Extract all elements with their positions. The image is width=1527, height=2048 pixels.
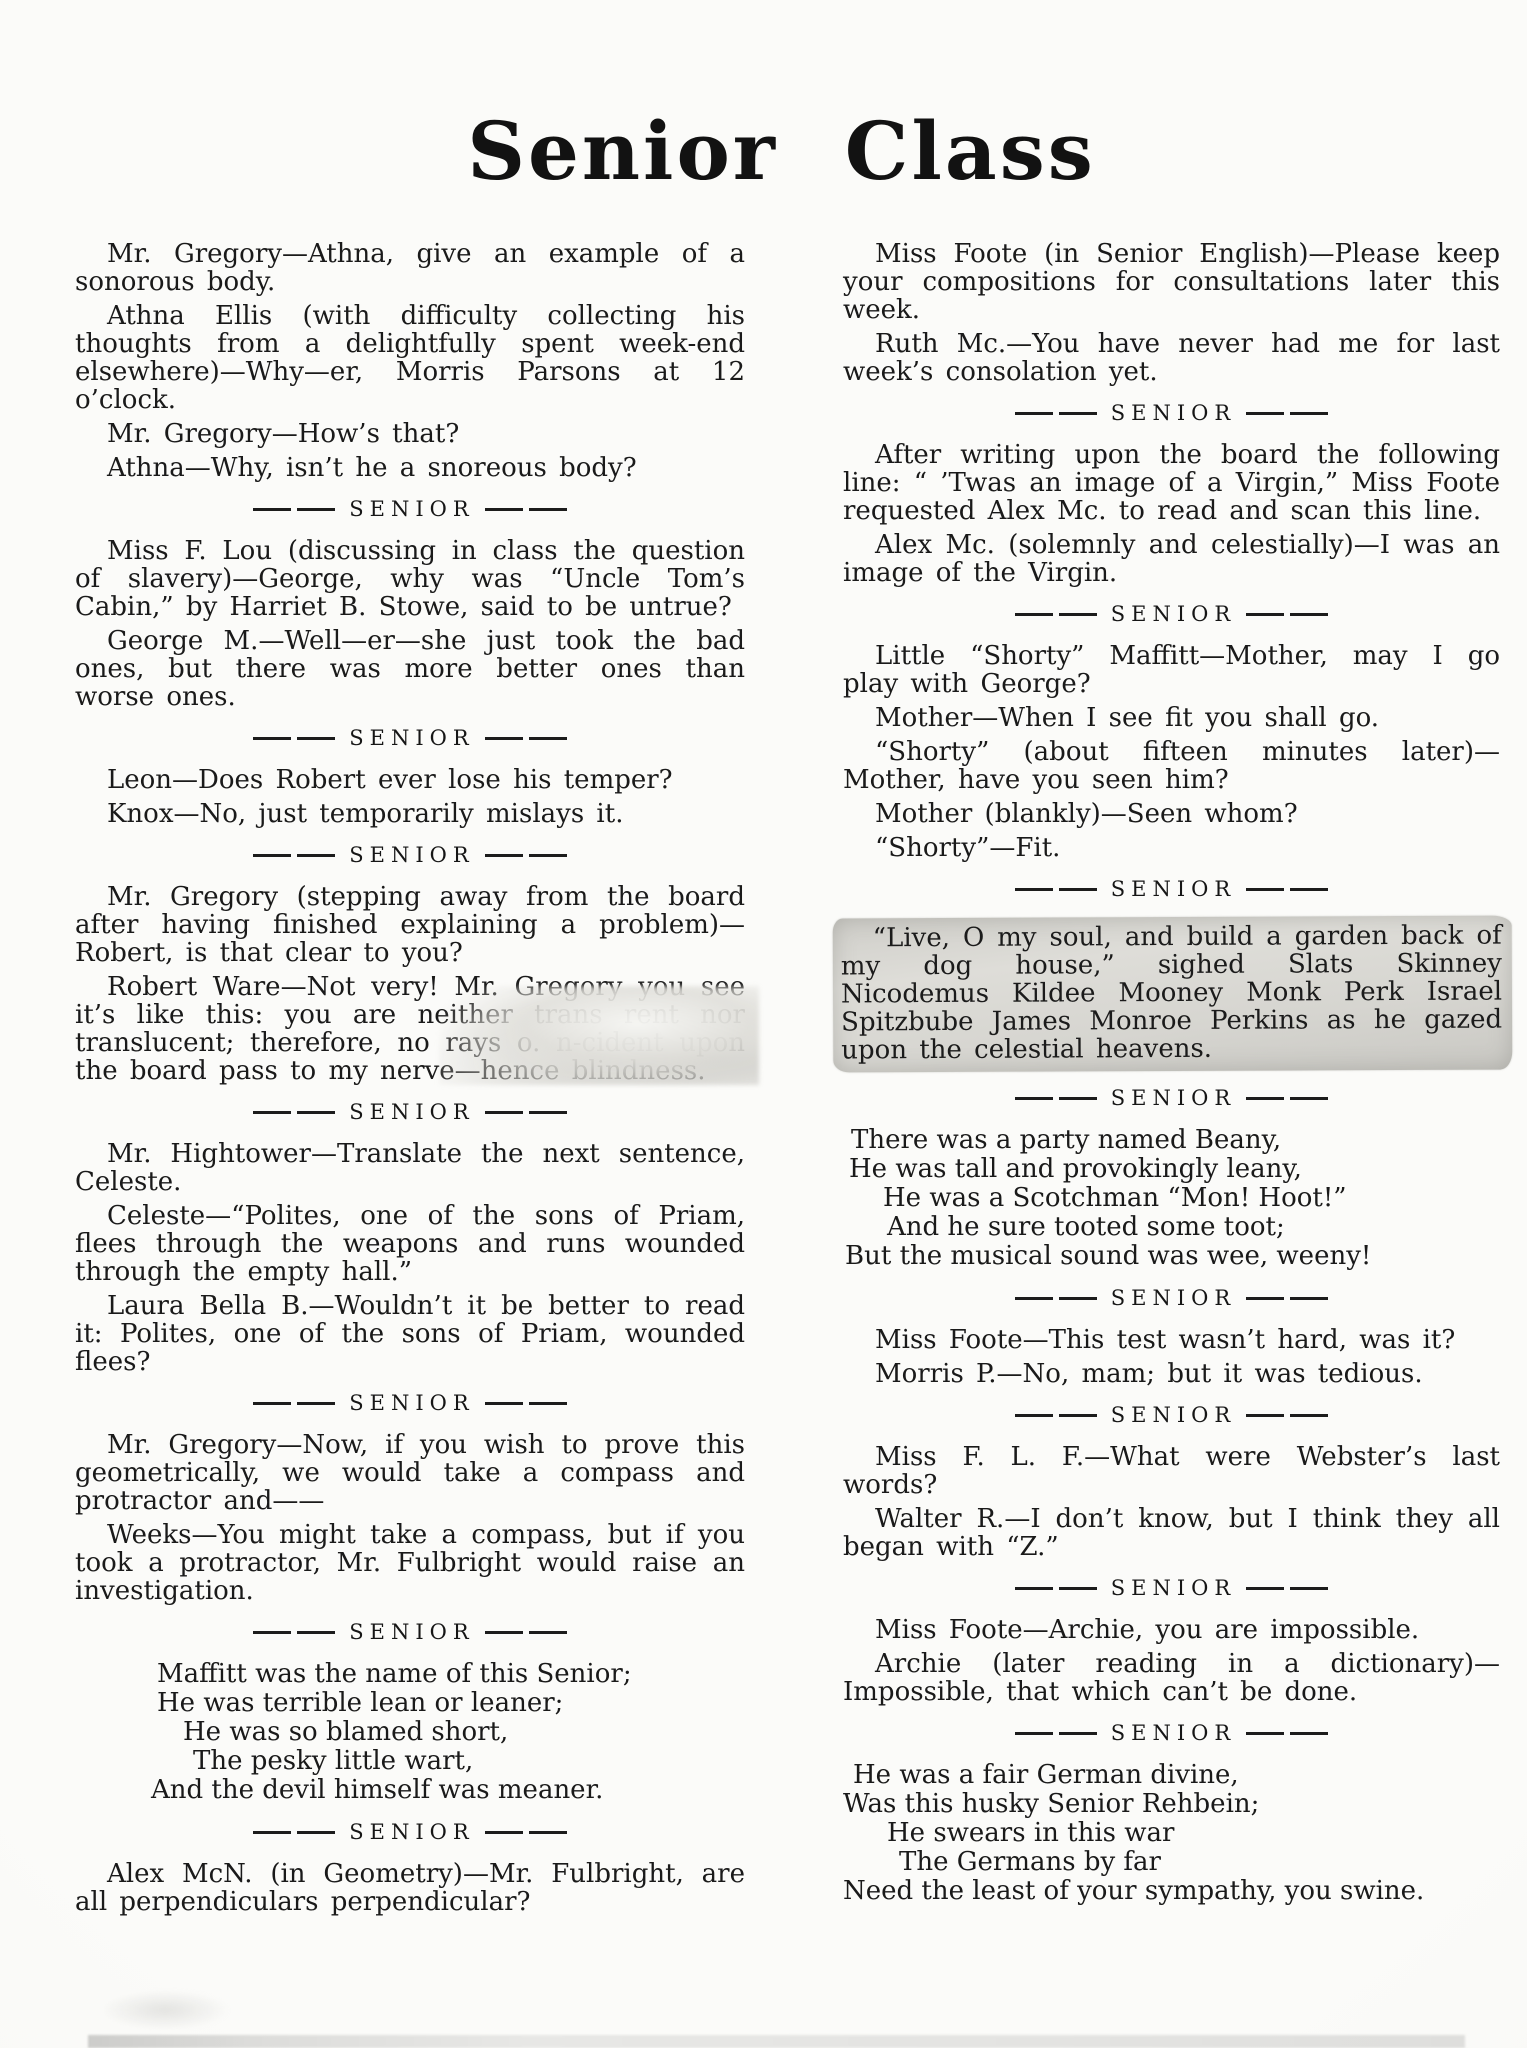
divider-label: SENIOR: [349, 1100, 474, 1124]
divider-dash: [1015, 613, 1053, 616]
poem-line: And the devil himself was meaner.: [75, 1776, 745, 1805]
paragraph: Mother (blankly)—Seen whom?: [843, 800, 1500, 828]
divider-dash: [1290, 1414, 1328, 1417]
senior-divider: SENIOR: [843, 401, 1500, 425]
poem-line: Was this husky Senior Rehbein;: [843, 1790, 1500, 1819]
divider-label: SENIOR: [1111, 877, 1236, 901]
divider-dash: [253, 854, 291, 857]
senior-divider: SENIOR: [843, 1086, 1500, 1110]
paragraph: Morris P.—No, mam; but it was tedious.: [843, 1360, 1500, 1388]
divider-dashes: [1015, 412, 1097, 415]
divider-dash: [297, 1631, 335, 1634]
divider-dash: [253, 1831, 291, 1834]
divider-dash: [1290, 1732, 1328, 1735]
page-title: Senior Class: [0, 104, 1527, 198]
divider-dash: [1015, 888, 1053, 891]
divider-dash: [253, 1402, 291, 1405]
divider-dash: [1059, 1587, 1097, 1590]
divider-dashes: [1246, 412, 1328, 415]
divider-dash: [1290, 1097, 1328, 1100]
senior-divider: SENIOR: [843, 1721, 1500, 1745]
divider-dash: [529, 1631, 567, 1634]
divider-label: SENIOR: [1111, 602, 1236, 626]
senior-divider: SENIOR: [843, 1403, 1500, 1427]
divider-dashes: [485, 737, 567, 740]
paragraph: Walter R.—I don’t know, but I think they…: [843, 1505, 1500, 1561]
paragraph: Mr. Gregory—How’s that?: [75, 420, 745, 448]
divider-label: SENIOR: [1111, 1403, 1236, 1427]
divider-dash: [529, 737, 567, 740]
paragraph: Miss F. L. F.—What were Webster’s last w…: [843, 1443, 1500, 1499]
poem-line: He was a Scotchman “Mon! Hoot!”: [843, 1184, 1500, 1213]
paragraph: Weeks—You might take a compass, but if y…: [75, 1521, 745, 1605]
divider-dash: [297, 854, 335, 857]
divider-dash: [485, 1831, 523, 1834]
senior-divider: SENIOR: [843, 1286, 1500, 1310]
divider-dash: [1015, 1297, 1053, 1300]
divider-dash: [1246, 1097, 1284, 1100]
divider-dashes: [1246, 1097, 1328, 1100]
divider-label: SENIOR: [1111, 1576, 1236, 1600]
divider-dash: [1290, 412, 1328, 415]
divider-dash: [297, 508, 335, 511]
divider-dashes: [1246, 1414, 1328, 1417]
divider-dash: [485, 1402, 523, 1405]
divider-dashes: [1015, 1587, 1097, 1590]
divider-dashes: [1246, 613, 1328, 616]
column-left: Mr. Gregory—Athna, give an example of a …: [75, 240, 745, 1922]
divider-dash: [1059, 1097, 1097, 1100]
divider-dash: [1246, 412, 1284, 415]
paragraph: Little “Shorty” Maffitt—Mother, may I go…: [843, 642, 1500, 698]
divider-dash: [529, 1831, 567, 1834]
paragraph: Robert Ware—Not very! Mr. Gregory you se…: [75, 973, 745, 1085]
paragraph: “Shorty”—Fit.: [843, 834, 1500, 862]
poem-line: He swears in this war: [843, 1819, 1500, 1848]
scan-smudge: [100, 1990, 230, 2030]
divider-label: SENIOR: [349, 1820, 474, 1844]
divider-dash: [253, 1631, 291, 1634]
yearbook-page: { "page": { "title": "Senior Class" }, "…: [0, 0, 1527, 2048]
paragraph: Celeste—“Polites, one of the sons of Pri…: [75, 1202, 745, 1286]
divider-dashes: [1015, 613, 1097, 616]
paragraph: Laura Bella B.—Wouldn’t it be better to …: [75, 1292, 745, 1376]
divider-dash: [1290, 1587, 1328, 1590]
divider-dashes: [485, 1831, 567, 1834]
poem-line: He was tall and provokingly leany,: [843, 1155, 1500, 1184]
divider-label: SENIOR: [349, 843, 474, 867]
divider-label: SENIOR: [1111, 1086, 1236, 1110]
paragraph: Alex Mc. (solemnly and celestially)—I wa…: [843, 531, 1500, 587]
divider-dash: [1246, 1414, 1284, 1417]
poem-line: There was a party named Beany,: [843, 1126, 1500, 1155]
divider-dashes: [1246, 888, 1328, 891]
divider-label: SENIOR: [1111, 1721, 1236, 1745]
paragraph: Mr. Hightower—Translate the next sentenc…: [75, 1140, 745, 1196]
divider-dash: [297, 1111, 335, 1114]
divider-dashes: [485, 854, 567, 857]
senior-divider: SENIOR: [843, 1576, 1500, 1600]
divider-dash: [1059, 613, 1097, 616]
poem-line: Maffitt was the name of this Senior;: [75, 1660, 745, 1689]
poem: He was a fair German divine,Was this hus…: [843, 1761, 1500, 1906]
senior-divider: SENIOR: [75, 497, 745, 521]
divider-dashes: [1015, 1297, 1097, 1300]
paragraph: Ruth Mc.—You have never had me for last …: [843, 330, 1500, 386]
paragraph: Mr. Gregory—Now, if you wish to prove th…: [75, 1431, 745, 1515]
poem-line: The Germans by far: [843, 1848, 1500, 1877]
divider-dash: [1246, 613, 1284, 616]
divider-dash: [1059, 412, 1097, 415]
divider-dashes: [1246, 1732, 1328, 1735]
divider-dash: [253, 1111, 291, 1114]
two-column-body: Mr. Gregory—Athna, give an example of a …: [75, 240, 1500, 1922]
divider-dashes: [485, 1631, 567, 1634]
paragraph: Miss Foote (in Senior English)—Please ke…: [843, 240, 1500, 324]
divider-label: SENIOR: [349, 1391, 474, 1415]
divider-dash: [1015, 1587, 1053, 1590]
paragraph: Miss Foote—Archie, you are impossible.: [843, 1616, 1500, 1644]
paragraph: Athna Ellis (with difficulty collecting …: [75, 302, 745, 414]
paragraph: George M.—Well—er—she just took the bad …: [75, 627, 745, 711]
poem-line: He was terrible lean or leaner;: [75, 1689, 745, 1718]
senior-divider: SENIOR: [843, 877, 1500, 901]
paragraph: Archie (later reading in a dictionary)—I…: [843, 1650, 1500, 1706]
poem-line: But the musical sound was wee, weeny!: [843, 1242, 1500, 1271]
divider-dashes: [1246, 1297, 1328, 1300]
divider-dash: [1246, 888, 1284, 891]
paragraph: Mr. Gregory (stepping away from the boar…: [75, 883, 745, 967]
column-right: Miss Foote (in Senior English)—Please ke…: [843, 240, 1500, 1922]
divider-dashes: [1015, 888, 1097, 891]
divider-dash: [529, 1402, 567, 1405]
divider-label: SENIOR: [349, 1620, 474, 1644]
divider-dash: [297, 1831, 335, 1834]
paragraph: Mother—When I see fit you shall go.: [843, 704, 1500, 732]
stain-overlay: [439, 986, 759, 1085]
paragraph: After writing upon the board the followi…: [843, 441, 1500, 525]
poem-line: He was a fair German divine,: [843, 1761, 1500, 1790]
paragraph: Alex McN. (in Geometry)—Mr. Fulbright, a…: [75, 1860, 745, 1916]
poem-line: And he sure tooted some toot;: [843, 1213, 1500, 1242]
paragraph: Athna—Why, isn’t he a snoreous body?: [75, 454, 745, 482]
paragraph: Mr. Gregory—Athna, give an example of a …: [75, 240, 745, 296]
divider-dash: [297, 737, 335, 740]
divider-dash: [1290, 1297, 1328, 1300]
divider-label: SENIOR: [1111, 401, 1236, 425]
divider-dash: [1015, 1732, 1053, 1735]
divider-dash: [529, 508, 567, 511]
divider-dashes: [485, 508, 567, 511]
divider-dashes: [1015, 1097, 1097, 1100]
divider-dash: [1059, 1414, 1097, 1417]
poem-line: The pesky little wart,: [75, 1747, 745, 1776]
divider-dashes: [1015, 1414, 1097, 1417]
divider-label: SENIOR: [349, 497, 474, 521]
divider-dash: [1059, 1732, 1097, 1735]
divider-dashes: [485, 1111, 567, 1114]
divider-dash: [1059, 888, 1097, 891]
divider-dashes: [1015, 1732, 1097, 1735]
divider-dash: [1015, 412, 1053, 415]
paragraph: “Live, O my soul, and build a garden bac…: [841, 922, 1503, 1065]
divider-dash: [1290, 888, 1328, 891]
senior-divider: SENIOR: [843, 602, 1500, 626]
senior-divider: SENIOR: [75, 1820, 745, 1844]
poem: There was a party named Beany,He was tal…: [843, 1126, 1500, 1271]
divider-dash: [1246, 1732, 1284, 1735]
divider-dashes: [253, 737, 335, 740]
divider-dashes: [253, 1831, 335, 1834]
senior-divider: SENIOR: [75, 1391, 745, 1415]
divider-label: SENIOR: [1111, 1286, 1236, 1310]
divider-dash: [485, 1111, 523, 1114]
divider-dash: [253, 737, 291, 740]
divider-dash: [485, 737, 523, 740]
poem-line: He was so blamed short,: [75, 1718, 745, 1747]
divider-dash: [253, 508, 291, 511]
divider-dashes: [253, 508, 335, 511]
divider-dash: [1015, 1414, 1053, 1417]
divider-dash: [485, 1631, 523, 1634]
senior-divider: SENIOR: [75, 843, 745, 867]
senior-divider: SENIOR: [75, 1620, 745, 1644]
divider-dash: [1290, 613, 1328, 616]
divider-dash: [529, 854, 567, 857]
divider-dashes: [253, 1111, 335, 1114]
divider-dashes: [253, 854, 335, 857]
senior-divider: SENIOR: [75, 726, 745, 750]
divider-dashes: [253, 1631, 335, 1634]
divider-dash: [485, 508, 523, 511]
divider-dashes: [1246, 1587, 1328, 1590]
divider-dashes: [253, 1402, 335, 1405]
poem: Maffitt was the name of this Senior;He w…: [75, 1660, 745, 1805]
poem-line: Need the least of your sympathy, you swi…: [843, 1877, 1500, 1906]
senior-divider: SENIOR: [75, 1100, 745, 1124]
divider-dash: [1246, 1297, 1284, 1300]
divider-dash: [297, 1402, 335, 1405]
paragraph: Knox—No, just temporarily mislays it.: [75, 800, 745, 828]
paragraph: Miss F. Lou (discussing in class the que…: [75, 537, 745, 621]
divider-dashes: [485, 1402, 567, 1405]
divider-label: SENIOR: [349, 726, 474, 750]
torn-newsprint-strip: “Live, O my soul, and build a garden bac…: [833, 916, 1513, 1073]
scan-edge-shadow: [88, 2035, 1465, 2048]
paragraph: Miss Foote—This test wasn’t hard, was it…: [843, 1326, 1500, 1354]
divider-dash: [1015, 1097, 1053, 1100]
paragraph: “Shorty” (about fifteen minutes later)—M…: [843, 738, 1500, 794]
divider-dash: [485, 854, 523, 857]
divider-dash: [1246, 1587, 1284, 1590]
divider-dash: [529, 1111, 567, 1114]
paragraph: Leon—Does Robert ever lose his temper?: [75, 766, 745, 794]
divider-dash: [1059, 1297, 1097, 1300]
